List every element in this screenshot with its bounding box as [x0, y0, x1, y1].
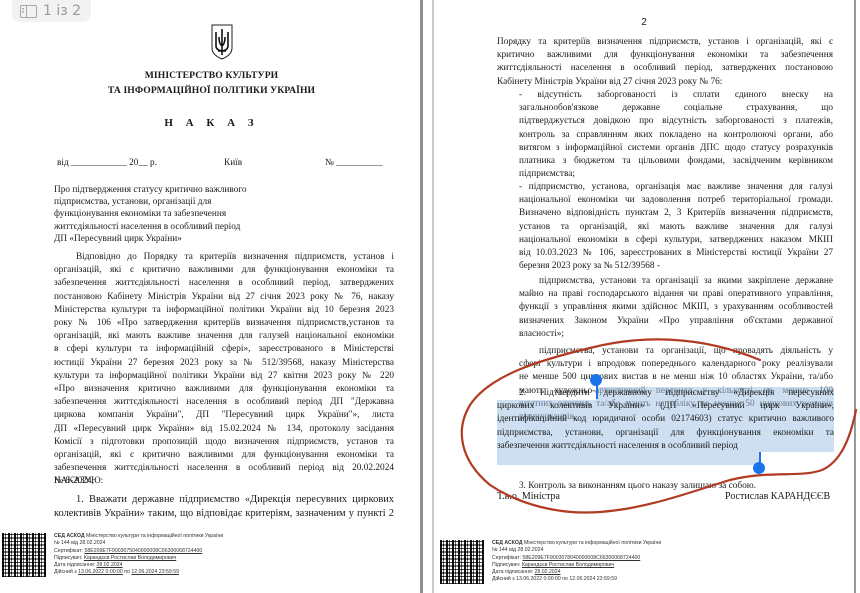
ministry-name-line1: МІНІСТЕРСТВО КУЛЬТУРИ	[0, 70, 423, 81]
order-subject: Про підтвердження статусу критично важли…	[54, 184, 247, 245]
page2-intro: Порядку та критеріїв визначення підприєм…	[497, 36, 833, 89]
signature-name: Ростислав КАРАНДЄЄВ	[725, 490, 830, 503]
number-field: № __________	[325, 157, 383, 170]
signature-title: Т.в.о. Міністра	[497, 490, 560, 503]
criteria-bullet-1: - відсутність заборгованості із сплати є…	[519, 89, 833, 181]
document-page-1[interactable]: 1 із 2 МІНІСТЕРСТВО КУЛЬТУРИ ТА ІНФОРМАЦ…	[0, 0, 423, 593]
criteria-paragraph-a: підприємства, установи та організації за…	[519, 275, 833, 341]
page-number: 2	[434, 17, 854, 28]
page-counter-text: 1 із 2	[43, 3, 81, 19]
criteria-bullet-2: - підприємство, установа, організація ма…	[519, 181, 833, 273]
sidebar-pages-icon[interactable]	[20, 5, 37, 18]
text-selection	[497, 452, 759, 465]
digital-signature-stamp: СЕД АСКОД Міністерство культури та інфор…	[2, 533, 223, 577]
order-item-2[interactable]: 2. Підтвердити державному підприємству «…	[497, 387, 834, 453]
city: Київ	[224, 157, 242, 170]
document-type-heading: Н А К А З	[0, 117, 423, 129]
digital-signature-stamp: СЕД АСКОД Міністерство культури та інфор…	[440, 540, 661, 584]
document-viewer[interactable]: 1 із 2 МІНІСТЕРСТВО КУЛЬТУРИ ТА ІНФОРМАЦ…	[0, 0, 860, 593]
document-page-2[interactable]: 2 Порядку та критеріїв визначення підпри…	[432, 0, 856, 593]
tryzub-coat-of-arms-icon	[211, 24, 233, 60]
order-item-1: 1. Вважати державне підприємство «Дирекц…	[54, 493, 394, 521]
selection-start-handle[interactable]	[590, 374, 602, 386]
qr-code-icon	[2, 533, 46, 577]
date-field: від ____________ 20__ р.	[57, 157, 157, 170]
selection-end-handle[interactable]	[753, 462, 765, 474]
page-gap	[423, 0, 432, 593]
preamble-paragraph: Відповідно до Порядку та критеріїв визна…	[54, 251, 394, 489]
qr-code-icon	[440, 540, 484, 584]
selection-start-caret	[596, 385, 598, 399]
order-word: НАКАЗУЮ:	[54, 475, 103, 488]
ministry-name-line2: ТА ІНФОРМАЦІЙНОЇ ПОЛІТИКИ УКРАЇНИ	[0, 85, 423, 96]
page-counter[interactable]: 1 із 2	[12, 0, 91, 22]
